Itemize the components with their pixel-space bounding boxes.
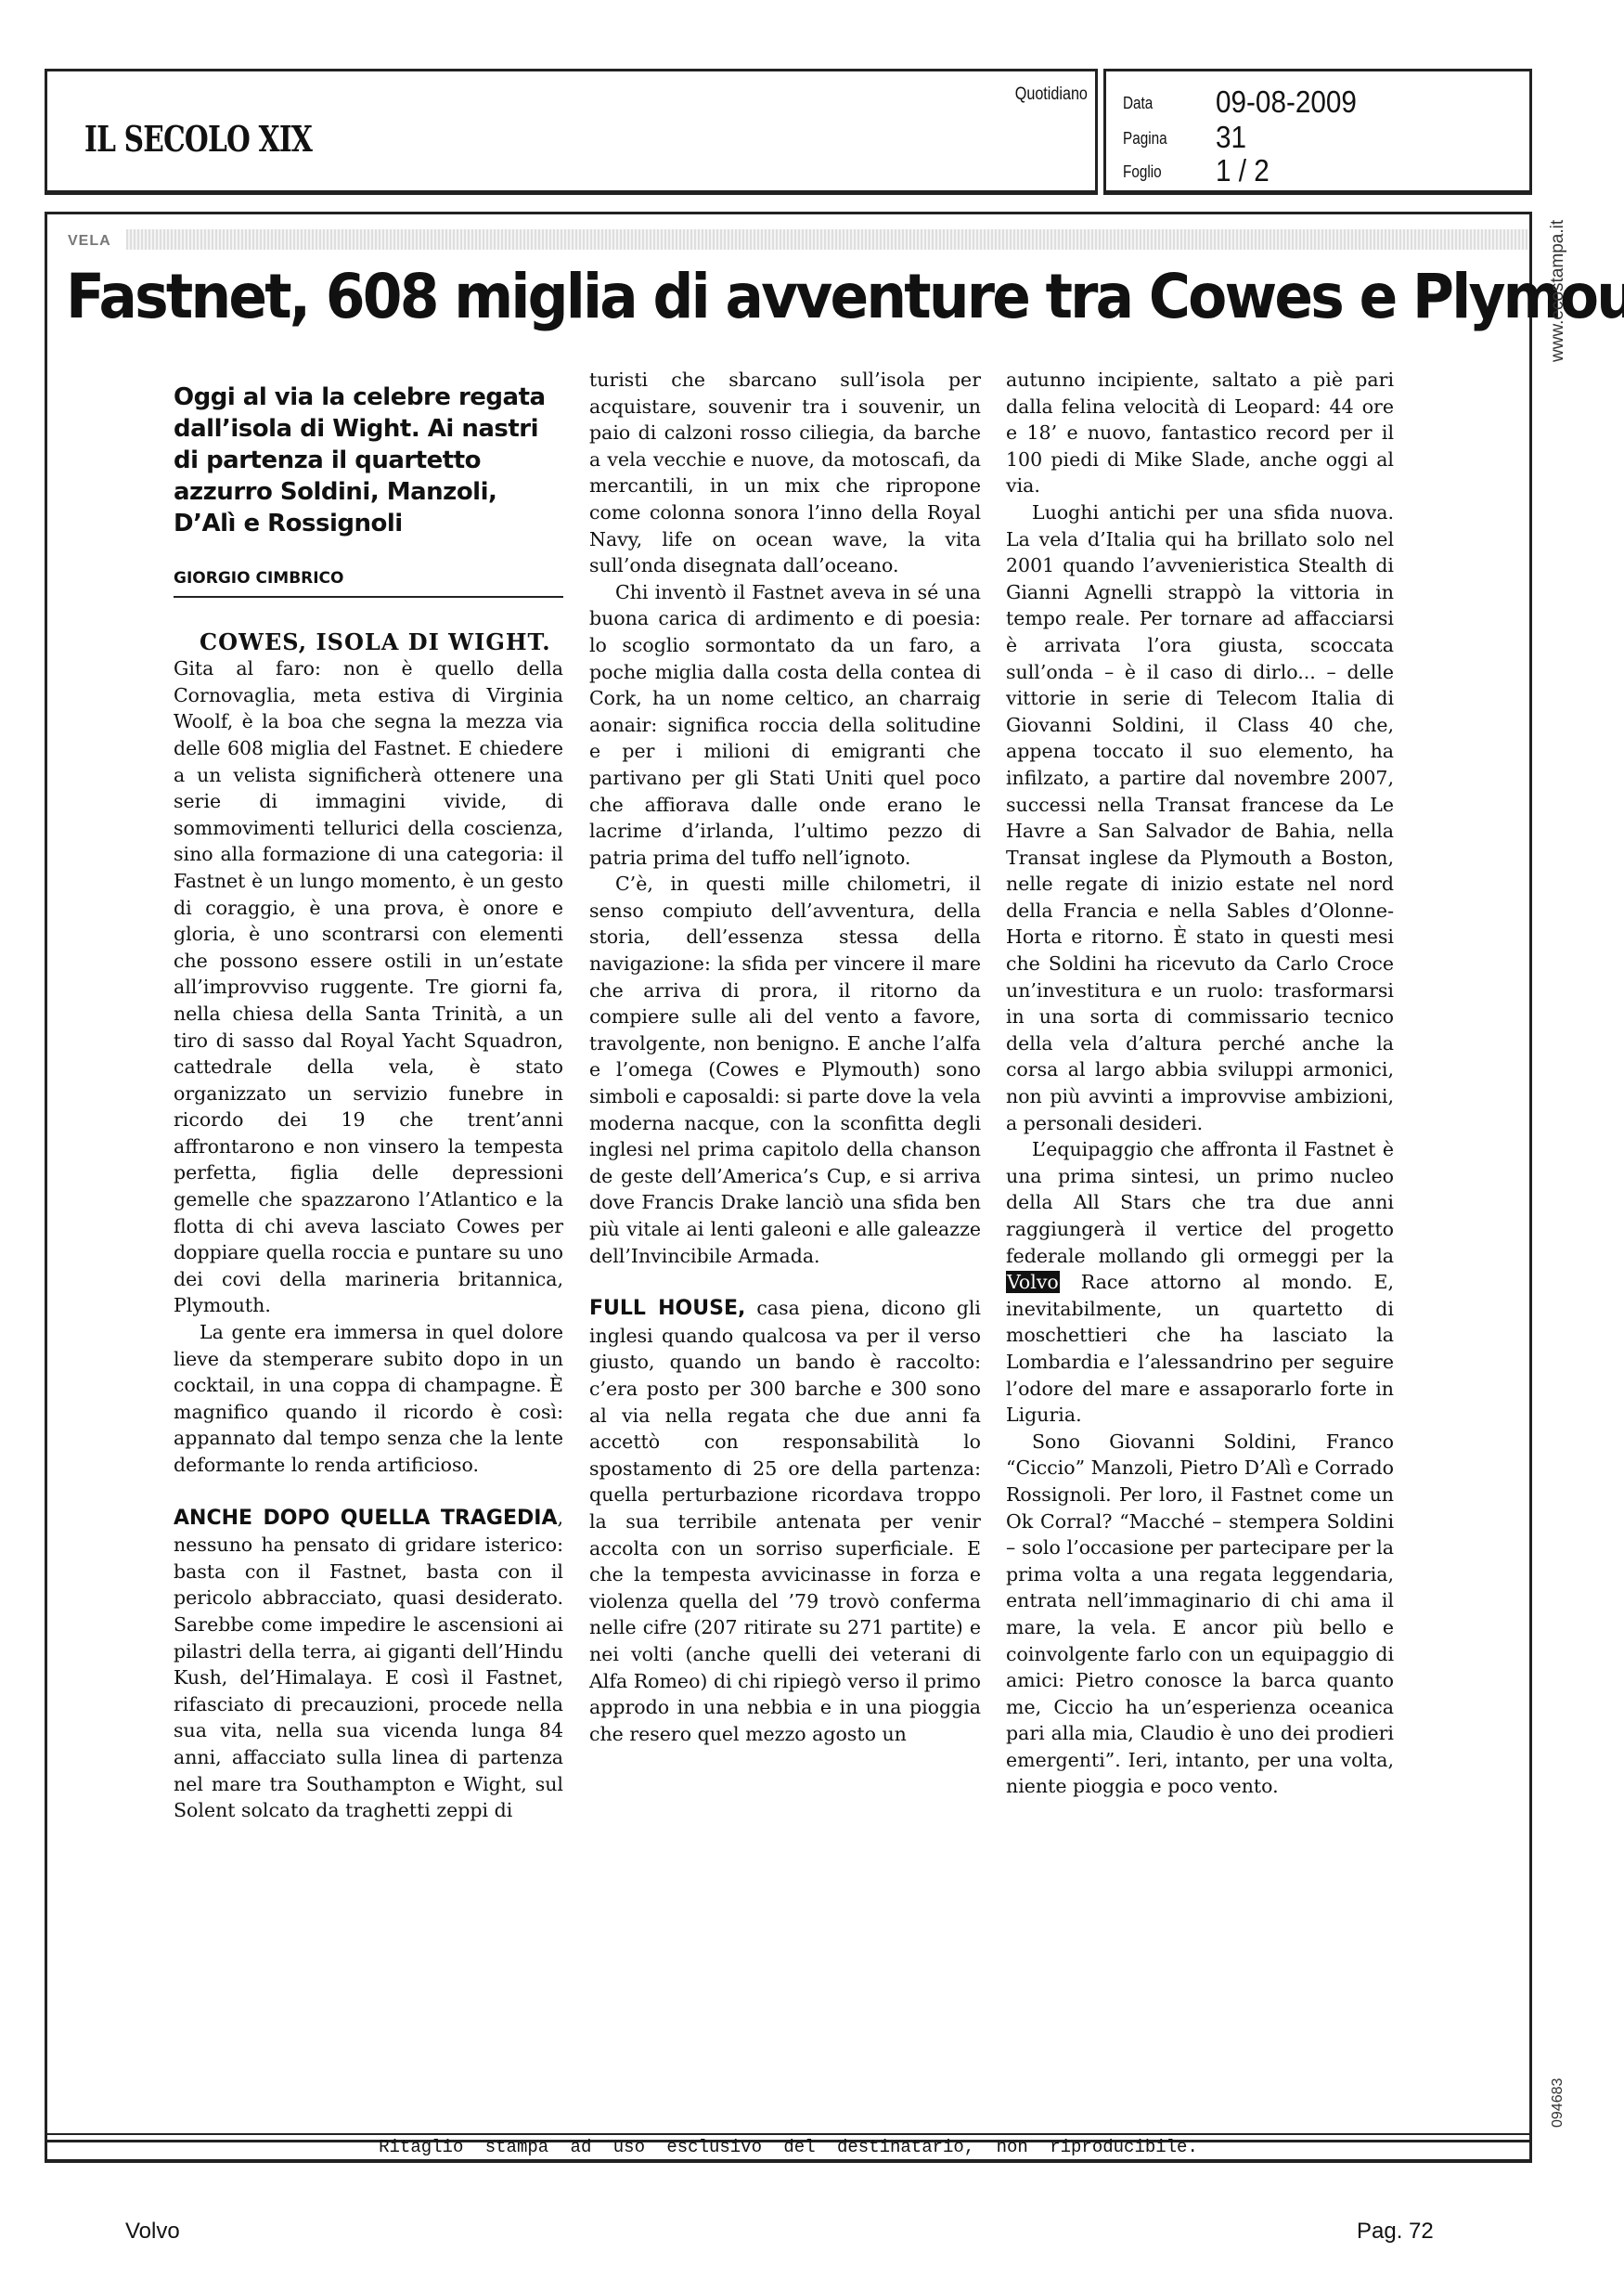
meta-label-sheet: Foglio — [1123, 162, 1162, 182]
paragraph: Sono Giovanni Soldini, Franco “Ciccio” M… — [1006, 1429, 1394, 1800]
page-number: Pag. 72 — [1357, 2219, 1434, 2245]
header-masthead-box: IL SECOLO XIX Quotidiano — [45, 69, 1098, 195]
article-headline: Fastnet, 608 miglia di avventure tra Cow… — [66, 261, 1624, 332]
section-band-decoration — [126, 229, 1527, 250]
article-column-2: turisti che sbarcano sull’isola per acqu… — [589, 367, 981, 1747]
paragraph: La gente era immersa in quel dolore liev… — [174, 1319, 563, 1479]
footer-notice: Ritaglio stampa ad uso esclusivo del des… — [45, 2133, 1532, 2163]
article-byline: GIORGIO CIMBRICO — [174, 565, 563, 598]
article-subhead: Oggi al via la celebre regata dall’isola… — [174, 382, 563, 539]
paragraph: Luoghi antichi per una sfida nuova. La v… — [1006, 499, 1394, 1136]
article-clipping: VELA Fastnet, 608 miglia di avventure tr… — [45, 212, 1532, 2142]
paragraph-lead: FULL HOUSE, — [589, 1297, 745, 1320]
side-document-code: 094683 — [1550, 2078, 1566, 2128]
side-watermark-url: www.ecostampa.it — [1548, 220, 1568, 362]
article-column-1: Oggi al via la celebre regata dall’isola… — [174, 382, 563, 1824]
paragraph: C’è, in questi mille chilometri, il sens… — [589, 871, 981, 1269]
article-dateline: COWES, ISOLA DI WIGHT. — [174, 629, 563, 656]
highlighted-keyword: Volvo — [1006, 1271, 1060, 1293]
header-meta-box: Data 09-08-2009 Pagina 31 Foglio 1 / 2 — [1103, 69, 1532, 195]
paragraph: L’equipaggio che affronta il Fastnet è u… — [1006, 1136, 1394, 1429]
paragraph: ANCHE DOPO QUELLA TRAGEDIA, nessuno ha p… — [174, 1505, 563, 1824]
meta-label-date: Data — [1123, 94, 1153, 113]
section-label: VELA — [68, 233, 111, 250]
meta-label-page: Pagina — [1123, 129, 1167, 149]
newspaper-masthead: IL SECOLO XIX — [84, 118, 312, 160]
paragraph: Chi inventò il Fastnet aveva in sé una b… — [589, 579, 981, 872]
paragraph-lead: ANCHE DOPO QUELLA TRAGEDIA — [174, 1507, 557, 1530]
meta-value-page: 31 — [1216, 120, 1246, 155]
publication-type: Quotidiano — [1015, 84, 1088, 105]
client-name: Volvo — [125, 2219, 180, 2245]
article-column-3: autunno incipiente, saltato a piè pari d… — [1006, 367, 1394, 1800]
paragraph: turisti che sbarcano sull’isola per acqu… — [589, 367, 981, 579]
meta-value-sheet: 1 / 2 — [1216, 153, 1270, 188]
paragraph: FULL HOUSE, casa piena, dicono gli ingle… — [589, 1295, 981, 1747]
paragraph: Gita al faro: non è quello della Cornova… — [174, 655, 563, 1319]
paragraph: autunno incipiente, saltato a piè pari d… — [1006, 367, 1394, 499]
meta-value-date: 09-08-2009 — [1216, 84, 1357, 120]
